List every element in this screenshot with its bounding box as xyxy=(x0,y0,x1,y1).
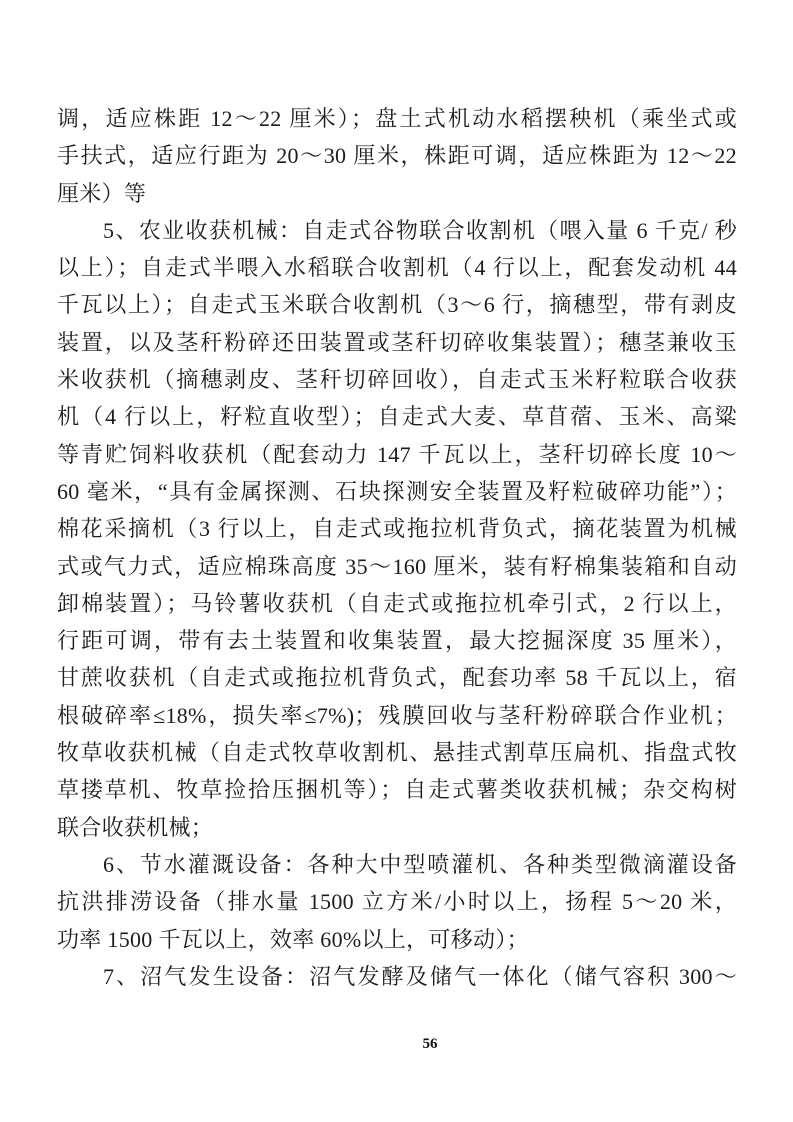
text-line: 千瓦以上）；自走式玉米联合收割机（3～6 行，摘穗型，带有剥皮 xyxy=(57,286,737,323)
text-line: 甘蔗收获机（自走式或拖拉机背负式，配套功率 58 千瓦以上，宿 xyxy=(57,659,737,696)
document-page: 调，适应株距 12～22 厘米）；盘土式机动水稻摆秧机（乘坐式或手扶式，适应行距… xyxy=(0,0,793,1122)
page-number: 56 xyxy=(408,1036,452,1053)
text-line: 牧草收获机械（自走式牧草收割机、悬挂式割草压扁机、指盘式牧 xyxy=(57,734,737,771)
document-body: 调，适应株距 12～22 厘米）；盘土式机动水稻摆秧机（乘坐式或手扶式，适应行距… xyxy=(57,100,737,995)
text-line: 功率 1500 千瓦以上，效率 60%以上，可移动）； xyxy=(57,921,737,958)
text-line: 联合收获机械； xyxy=(57,809,737,846)
text-line: 卸棉装置）；马铃薯收获机（自走式或拖拉机牵引式，2 行以上， xyxy=(57,585,737,622)
paragraph: 7、沼气发生设备：沼气发酵及储气一体化（储气容积 300～ xyxy=(57,958,737,995)
text-line: 等青贮饲料收获机（配套动力 147 千瓦以上，茎秆切碎长度 10～ xyxy=(57,436,737,473)
text-line: 以上）；自走式半喂入水稻联合收割机（4 行以上，配套发动机 44 xyxy=(57,249,737,286)
text-line: 装置，以及茎秆粉碎还田装置或茎秆切碎收集装置）；穗茎兼收玉 xyxy=(57,324,737,361)
text-line: 7、沼气发生设备：沼气发酵及储气一体化（储气容积 300～ xyxy=(57,958,737,995)
text-line: 根破碎率≤18%，损失率≤7%)；残膜回收与茎秆粉碎联合作业机； xyxy=(57,697,737,734)
text-line: 棉花采摘机（3 行以上，自走式或拖拉机背负式，摘花装置为机械 xyxy=(57,510,737,547)
text-line: 6、节水灌溉设备：各种大中型喷灌机、各种类型微滴灌设备等； xyxy=(57,846,737,883)
text-line: 手扶式，适应行距为 20～30 厘米，株距可调，适应株距为 12～22 xyxy=(57,137,737,174)
text-line: 厘米）等 xyxy=(57,175,737,212)
paragraph: 调，适应株距 12～22 厘米）；盘土式机动水稻摆秧机（乘坐式或手扶式，适应行距… xyxy=(57,100,737,212)
text-line: 式或气力式，适应棉珠高度 35～160 厘米，装有籽棉集装箱和自动 xyxy=(57,548,737,585)
text-line: 米收获机（摘穗剥皮、茎秆切碎回收），自走式玉米籽粒联合收获 xyxy=(57,361,737,398)
text-line: 5、农业收获机械：自走式谷物联合收割机（喂入量 6 千克/ 秒 xyxy=(57,212,737,249)
text-line: 草搂草机、牧草捡拾压捆机等）；自走式薯类收获机械；杂交构树 xyxy=(57,771,737,808)
text-line: 抗洪排涝设备（排水量 1500 立方米/小时以上，扬程 5～20 米， xyxy=(57,883,737,920)
text-line: 调，适应株距 12～22 厘米）；盘土式机动水稻摆秧机（乘坐式或 xyxy=(57,100,737,137)
paragraph: 6、节水灌溉设备：各种大中型喷灌机、各种类型微滴灌设备等；抗洪排涝设备（排水量 … xyxy=(57,846,737,958)
text-line: 60 毫米，“具有金属探测、石块探测安全装置及籽粒破碎功能”）； xyxy=(57,473,737,510)
text-line: 机（4 行以上，籽粒直收型）；自走式大麦、草苜蓿、玉米、高粱 xyxy=(57,398,737,435)
paragraph: 5、农业收获机械：自走式谷物联合收割机（喂入量 6 千克/ 秒以上）；自走式半喂… xyxy=(57,212,737,846)
text-line: 行距可调，带有去土装置和收集装置，最大挖掘深度 35 厘米）， xyxy=(57,622,737,659)
